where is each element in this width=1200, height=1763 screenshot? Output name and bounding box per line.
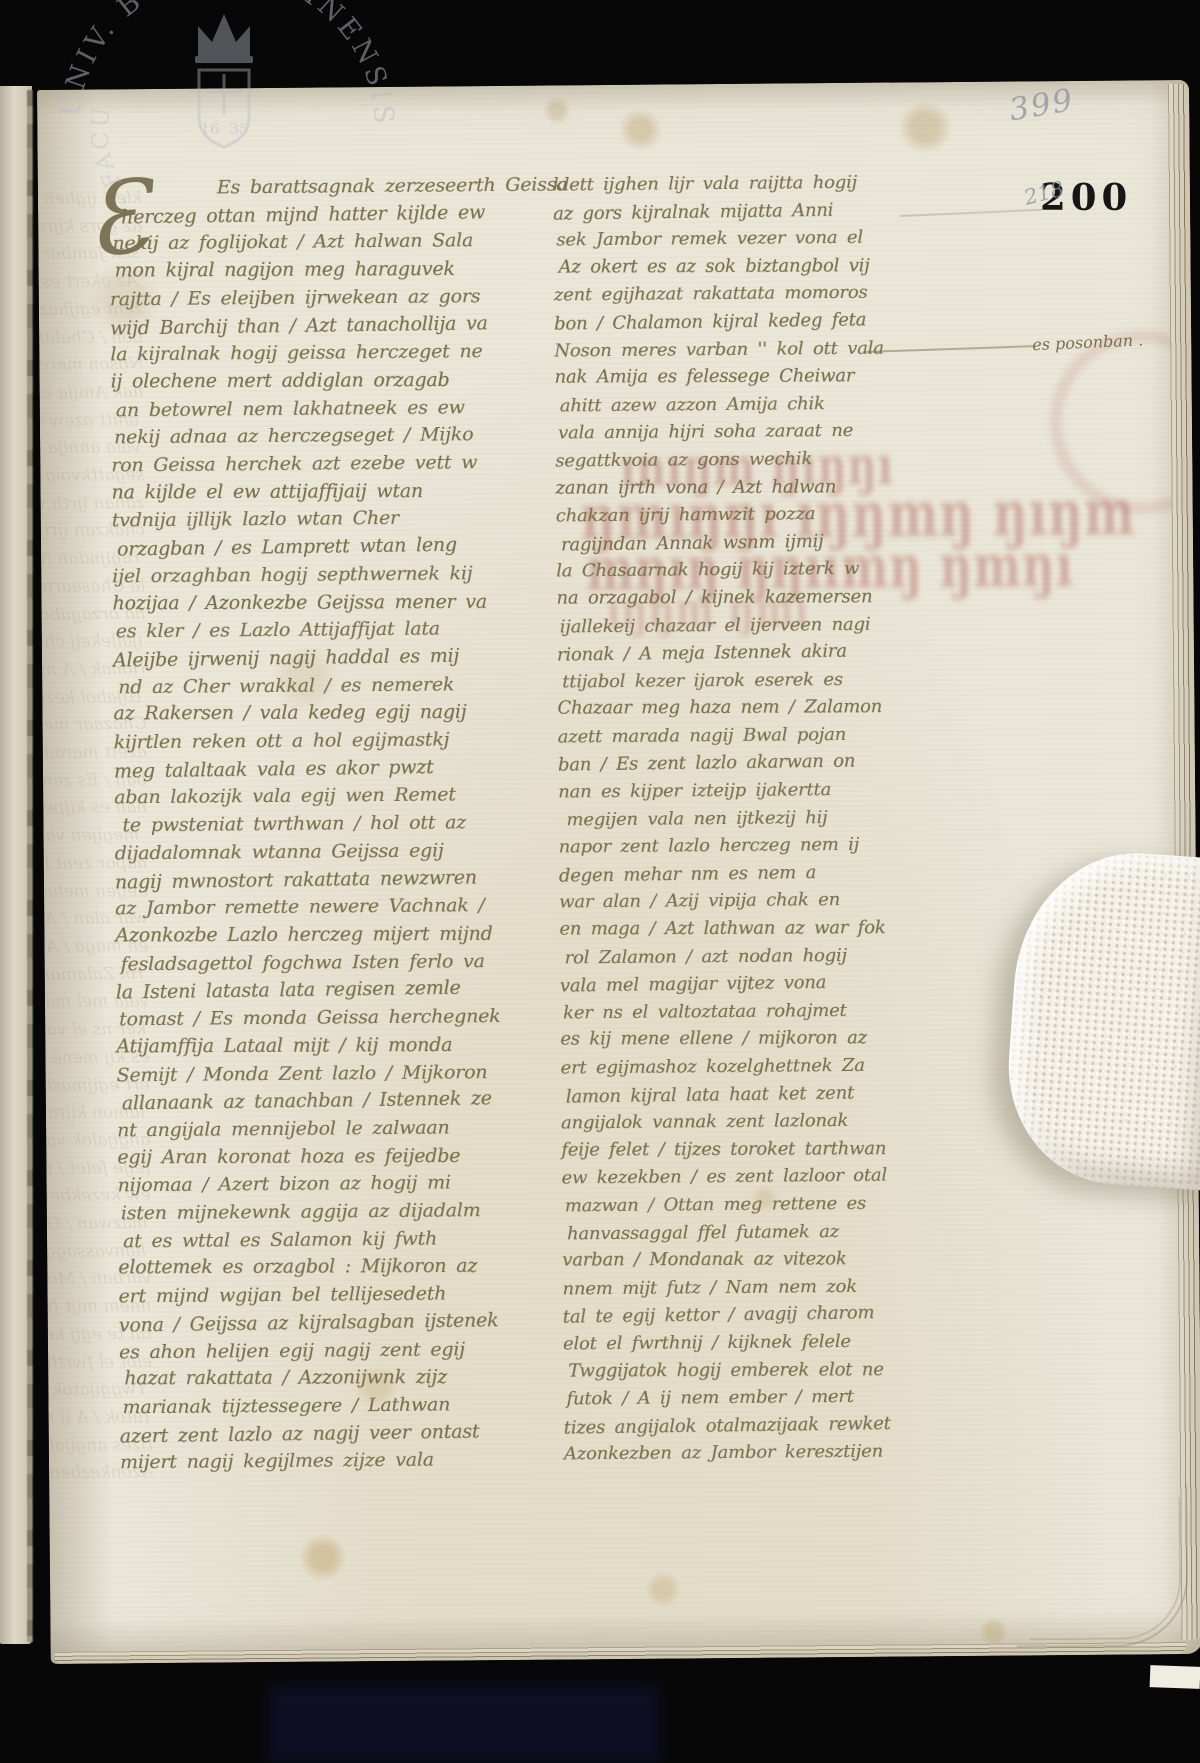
stamp-year-left: 16 [200, 120, 219, 138]
manuscript-line: elot el fwrthnij / kijknek felele [563, 1327, 983, 1358]
manuscript-line: ew kezekben / es zent lazloor otal [561, 1161, 981, 1192]
manuscript-line: elottemek es orzagbol : Mijkoron az [118, 1253, 548, 1283]
manuscript-line: varban / Mondanak az vitezok [562, 1245, 982, 1274]
manuscript-line: te pwsteniat twrthwan / hol ott az [117, 809, 547, 840]
manuscript-line: nt angijala mennijebol le zalwaan [117, 1113, 547, 1144]
manuscript-line: ijel orzaghban hogij septhwernek kij [112, 559, 542, 590]
manuscript-line: la kijralnak hogij geissa herczeget ne [110, 338, 540, 369]
page-corner-edges [1015, 1484, 1188, 1647]
manuscript-line: sek Jambor remek vezer vona el [556, 223, 976, 254]
manuscript-line: mijert nagij kegijlmes zijze vala [120, 1446, 550, 1477]
manuscript-page: klett ijghen lijr vala raijtta hogijaz g… [37, 80, 1200, 1664]
manuscript-line: klett ijghen lijr vala raijtta hogij [553, 168, 973, 199]
manuscript-line: nan es kijper izteijp ijakertta [558, 775, 978, 806]
stamp-inner-text: · FACU [87, 104, 138, 213]
manuscript-line: nd az Cher wrakkal / es nemerek [113, 670, 543, 701]
manuscript-line: chakzan ijrij hamwzit pozza [556, 499, 976, 530]
manuscript-line: azert zent lazlo az nagij veer ontast [120, 1417, 550, 1451]
manuscript-line: egij Aran koronat hoza es feijedbe [117, 1142, 547, 1172]
manuscript-line: na orzagabol / kijnek kazemersen [556, 583, 976, 612]
manuscript-line: es ahon helijen egij nagij zent egij [119, 1335, 549, 1366]
manuscript-line: Twggijatok hogij emberek elot ne [563, 1355, 983, 1384]
manuscript-line: az Jambor remette newere Vachnak / [115, 892, 545, 923]
manuscript-line: wijd Barchij than / Azt tanachollija va [110, 309, 540, 343]
manuscript-line: bon / Chalamon kijral kedeg feta [554, 305, 974, 338]
manuscript-line: Az okert es az sok biztangbol vij [554, 252, 974, 281]
manuscript-line: at es wttal es Salamon kij fwth [118, 1224, 548, 1255]
manuscript-line: es kij mene ellene / mijkoron az [560, 1024, 980, 1053]
manuscript-line: nekij adnaa az herczegseget / Mijko [114, 421, 544, 452]
gutter-seam [27, 90, 33, 1642]
manuscript-line: hazat rakattata / Azzonijwnk zijz [119, 1364, 549, 1394]
manuscript-line: meg talaltaak vala es akor pwzt [114, 752, 544, 786]
manuscript-line: nak Amija es felessege Cheiwar [554, 362, 974, 391]
manuscript-line: lamon kijral lata haat ket zent [561, 1077, 981, 1110]
manuscript-line: hozijaa / Azonkezbe Geijssa mener va [112, 588, 542, 618]
manuscript-line: war alan / Azij vipija chak en [559, 885, 979, 916]
manuscript-line: zanan ijrth vona / Azt halwan [555, 472, 975, 501]
manuscript-line: Aleijbe ijrwenij nagij haddal es mij [113, 641, 543, 675]
manuscript-line: vona / Geijssa az kijralsagban ijstenek [119, 1306, 549, 1340]
manuscript-line: na kijlde el ew attijaffijaij wtan [111, 477, 541, 507]
manuscript-line: ert egijmashoz kozelghettnek Za [560, 1051, 980, 1082]
manuscript-line: tizes angijalok otalmazijaak rewket [564, 1408, 984, 1441]
manuscript-line: angijalok vannak zent lazlonak [561, 1106, 981, 1137]
manuscript-line: an betowrel nem lakhatneek es ew [111, 393, 541, 424]
backdrop-shadow-patch [268, 1686, 660, 1763]
manuscript-line: mazwan / Ottan meg rettene es [565, 1189, 985, 1220]
folio-number-pencil: 399 [1007, 82, 1077, 128]
underlying-page-corner [1150, 1665, 1200, 1689]
manuscript-line: hanvassaggal ffel futamek az [562, 1216, 982, 1247]
library-stamp: UNIV. BUDAPESTINENSIS DE · FACU 16 35 [52, 0, 402, 302]
manuscript-line: ij olechene mert addiglan orzagab [110, 366, 540, 396]
manuscript-line: en maga / Azt lathwan az war fok [559, 914, 979, 943]
manuscript-photo: { "page": { "folio_stamp": "200", "penci… [0, 0, 1200, 1763]
manuscript-line: Chazaar meg haza nem / Zalamon [557, 693, 977, 722]
stamp-crown-icon [195, 14, 253, 63]
manuscript-line: segattkvoia az gons wechik [555, 444, 975, 475]
manuscript-line: Atijamffija Lataal mijt / kij monda [116, 1031, 546, 1061]
manuscript-line: ker ns el valtoztataa rohajmet [563, 996, 983, 1027]
manuscript-line: dijadalomnak wtanna Geijssa egij [115, 836, 545, 867]
manuscript-line: degen mehar nm es nem a [559, 857, 979, 890]
manuscript-line: aban lakozijk vala egij wen Remet [114, 781, 544, 812]
manuscript-line: Azonkozbe Lazlo herczeg mijert mijnd [115, 921, 545, 951]
manuscript-line: ttijabol kezer ijarok eserek es [557, 665, 977, 696]
manuscript-line: Azonkezben az Jambor keresztijen [564, 1437, 984, 1468]
manuscript-line: ron Geissa herchek azt ezebe vett w [111, 449, 541, 480]
manuscript-line: tomast / Es monda Geissa herchegnek [119, 1003, 549, 1034]
left-text-column: Es barattsagnak zerzeseerth Geissahercze… [109, 172, 550, 1478]
manuscript-line: futok / A ij nem ember / mert [566, 1382, 986, 1413]
manuscript-line: feije felet / tijzes toroket tarthwan [561, 1134, 981, 1163]
manuscript-line: megijen vala nen ijtkezij hij [561, 802, 981, 833]
manuscript-line: nijomaa / Azert bizon az hogij mi [117, 1169, 547, 1200]
manuscript-line: ahitt azew azzon Amija chik [555, 389, 975, 420]
manuscript-line: ragijndan Annak wsnm ijmij [556, 525, 976, 558]
stamp-year-right: 35 [229, 120, 248, 138]
right-text-column: klett ijghen lijr vala raijtta hogijaz g… [553, 168, 984, 1469]
manuscript-line: isten mijnekewnk aggija az dijadalm [121, 1197, 551, 1228]
manuscript-line: la Chasaarnak hogij kij izterk w [556, 554, 976, 585]
manuscript-line: az Rakersen / vala kedeg egij nagij [113, 699, 543, 729]
manuscript-line: nagij mwnostort rakattata newzwren [115, 863, 545, 897]
manuscript-line: vala annija hijri soha zaraat ne [558, 416, 978, 447]
manuscript-line: marianak tijztessegere / Lathwan [122, 1390, 552, 1421]
